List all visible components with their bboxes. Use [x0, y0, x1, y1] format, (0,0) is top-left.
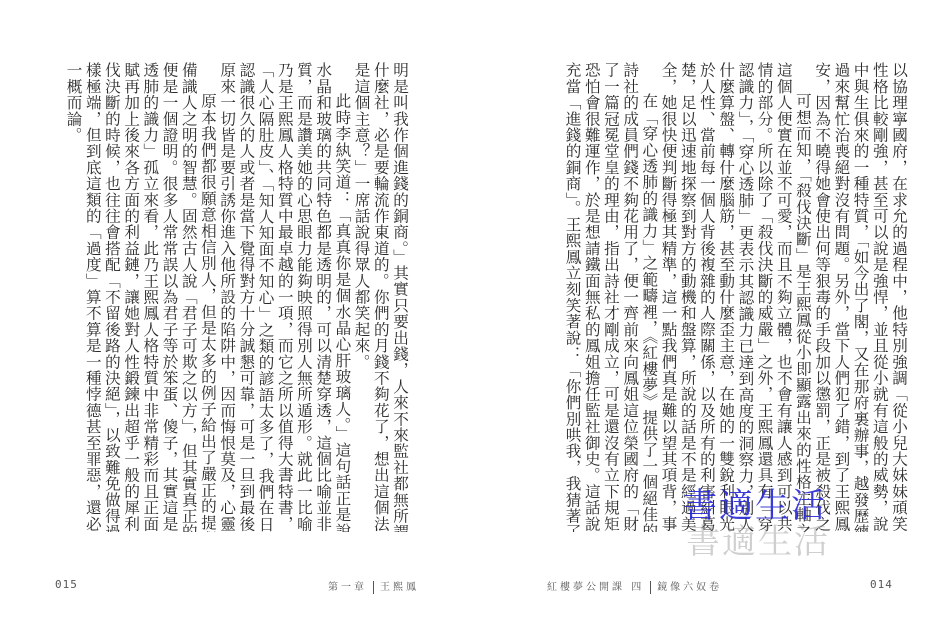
left-page: 明是叫我作個進錢的銅商。」其實只要出錢，人來不來監社都無所謂，接著她又挑明說：「…: [0, 0, 472, 639]
text-column: 恐怕會很難運作，於是想請鐵面無私的鳳姐擔任監社御史。這話說得很好聽，其實是要誆騙…: [582, 62, 601, 532]
text-column: 什麼社，必是要輪流作東道的。你們的月錢不夠花了，想出這個法子來拘了我去，好和我要…: [371, 62, 390, 532]
text-column: 明是叫我作個進錢的銅商。」其實只要出錢，人來不來監社都無所謂，接著她又挑明說：「…: [390, 62, 409, 532]
running-head: 第一章王熙鳳: [328, 578, 419, 594]
text-column: 於人性、當前每一個人背後複雜的人際關係，以及所有的利害糾葛，她都十分瞭解而掌握得…: [697, 62, 716, 532]
text-column: 樣極端，但到底這類的「過度」算不算是一種悖德甚至罪惡，還必須謹慎地進行個案檢討，…: [83, 62, 102, 532]
text-column-paragraph-start: 此時李紈笑道：「真真你是個水晶心肝玻璃人。」這句話正是說明王熙鳳具有穿心透肺的識…: [332, 62, 351, 532]
text-column: 認識很久的人或者是當下覺得對方十分誠懇可靠，可是一旦到最後狐狸尾巴露出來時才恍然…: [236, 62, 255, 532]
text-column: 原來一切皆是要引誘你進入他所設的陷阱中，因而悔恨莫及，心靈也飽受打擊。: [217, 62, 236, 532]
text-column: 什麼算盤、轉什麼腦筋，甚至動什麼歪主意，在她的一雙銳利眼光之下均是無所遮掩，金錢…: [716, 62, 735, 532]
page-number: 015: [55, 578, 78, 591]
text-column: 乃是王熙鳳人格特質中最卓越的一項，而它之所以值得大書特書，正是因為識人很難，以至…: [275, 62, 294, 532]
text-column: 便是一個證明。很多人常常誤以為君子等於笨蛋、傻子，其實這是大錯特錯的看法。倘若把…: [159, 62, 178, 532]
text-column: 過來幫忙治喪絕對沒有問題。另外，當下人們犯了錯，到了王熙鳳面前幾乎都是震懾股栗、…: [831, 62, 850, 532]
right-page: 以協理寧國府，在求允的過程中，他特別強調「從小兒大妹妹頑笑著就有殺伐決斷」，顯示…: [472, 0, 945, 639]
text-column: 透肺的識力」孤立來看，此乃王熙鳳人格特質中非常精彩而且正面的一項能力，有了難得的…: [140, 62, 159, 532]
right-page-body-text: 以協理寧國府，在求允的過程中，他特別強調「從小兒大妹妹頑笑著就有殺伐決斷」，顯示…: [533, 62, 908, 532]
text-column: 全，她很快便判斷得極其精準，這一點我們真是難以望其項背，事實上一般人最缺乏的正是…: [658, 62, 677, 532]
text-column: 詩社的成員們錢不夠花用了，便一齊前來向鳳姐這位榮國府的「財政大臣」要求補助，探春…: [620, 62, 639, 532]
text-column: 一概而論。: [63, 62, 82, 532]
text-column-paragraph-start: 可想而知，「殺伐決斷」是王熙鳳從小即顯露出來的性格主軸之一，當然如果只有殺伐決斷…: [793, 62, 812, 532]
text-column-paragraph-start: 原本我們都很願意相信別人，但是太多的例子給出了嚴正的提醒，要相信別人之前首先必須…: [198, 62, 217, 532]
volume-title: 鏡像六奴卷: [657, 582, 722, 593]
page-number: 014: [870, 578, 893, 591]
text-column: 水晶和玻璃的共同特色都是透明的，可以清楚穿透，這個比喻並非形容王熙鳳本身玲瓏剔透…: [313, 62, 332, 532]
left-page-body-text: 明是叫我作個進錢的銅商。」其實只要出錢，人來不來監社都無所謂，接著她又挑明說：「…: [49, 62, 409, 532]
text-column: 中與生俱來的一種特質，「如今出了閣，又在那府裏辦事，越發歷練老成了」，難怪賈珍斷…: [850, 62, 869, 532]
text-column: 是這個主意？」一席話說得眾人都笑起來。: [351, 62, 370, 532]
text-column: 楚，足以迅速地探察到對方的動機和盤算，所說的話是不是經過美化裝飾，還是有別的委屈…: [678, 62, 697, 532]
text-column: 「人心隔肚皮」、「知人知面不知心」之類的諺語太多了，我們在日常生活裡也不斷地感嘆…: [255, 62, 274, 532]
chapter-label: 第一章: [328, 582, 367, 593]
text-column: 這個人便實在並不可愛，而且不夠立體，也不會有讓人感到可以共鳴、體諒，甚至值得讚賞…: [774, 62, 793, 532]
volume-number: 四: [631, 582, 644, 593]
separator-rule: [373, 581, 374, 594]
text-column: 認識力」，「穿心透肺」更表示其認識力已達到高度的洞察力，別人在她面前根本無所遁形…: [735, 62, 754, 532]
separator-rule: [650, 581, 651, 594]
series-title: 紅樓夢公開課: [547, 582, 625, 593]
text-column: 賦再加上後來各方面的利益鏈，讓她對人性鍛鍊出超乎一般的犀利又細膩的掌握。此外，當…: [121, 62, 140, 532]
chapter-title: 王熙鳳: [380, 582, 419, 593]
text-column: 情的部分。所以除了「殺伐決斷的威嚴」之外，王熙鳳還具有「穿心透肺的識力」，「穿心…: [754, 62, 773, 532]
text-column: 性格比較剛強，甚至可以說是強悍，並且從小就有這般的威勢，說一不二，令出必行，這是…: [870, 62, 889, 532]
text-column: 伐決斷的時候，也往往會搭配「不留後路的決絕」，以致難免做得過度，確實有些做法可以…: [102, 62, 121, 532]
text-column: 以協理寧國府，在求允的過程中，他特別強調「從小兒大妹妹頑笑著就有殺伐決斷」，顯示…: [889, 62, 908, 532]
running-head: 紅樓夢公開課 四鏡像六奴卷: [547, 578, 722, 594]
text-column: 安，因為不曉得她會使出何等狠毒的手段加以懲罰，正是被殺伐之氣所威脅。: [812, 62, 831, 532]
text-column: 了一篇冠冕堂皇的理由，指出詩社才剛成立，可是還沒有立下規矩即有脫滑的情況出現，以…: [601, 62, 620, 532]
text-column: 備識人之明的智慧。固然古人說「君子可欺之以方」，但其實真正的君子並不是容易受騙的…: [179, 62, 198, 532]
text-column-paragraph-start: 在「穿心透肺的識力」之範疇裡，《紅樓夢》提供了一個絕佳的案例。第四十五回中，那些…: [639, 62, 658, 532]
text-column: 充當「進錢的銅商」。王熙鳳立刻笑著說：「你們別哄我，我猜著了，那裏是請我作監社御…: [562, 62, 581, 532]
text-column: 質，而是讚美她的心思眼力能夠映照得別人無所遁形。就此一比喻而言，可以說，「穿心透…: [294, 62, 313, 532]
